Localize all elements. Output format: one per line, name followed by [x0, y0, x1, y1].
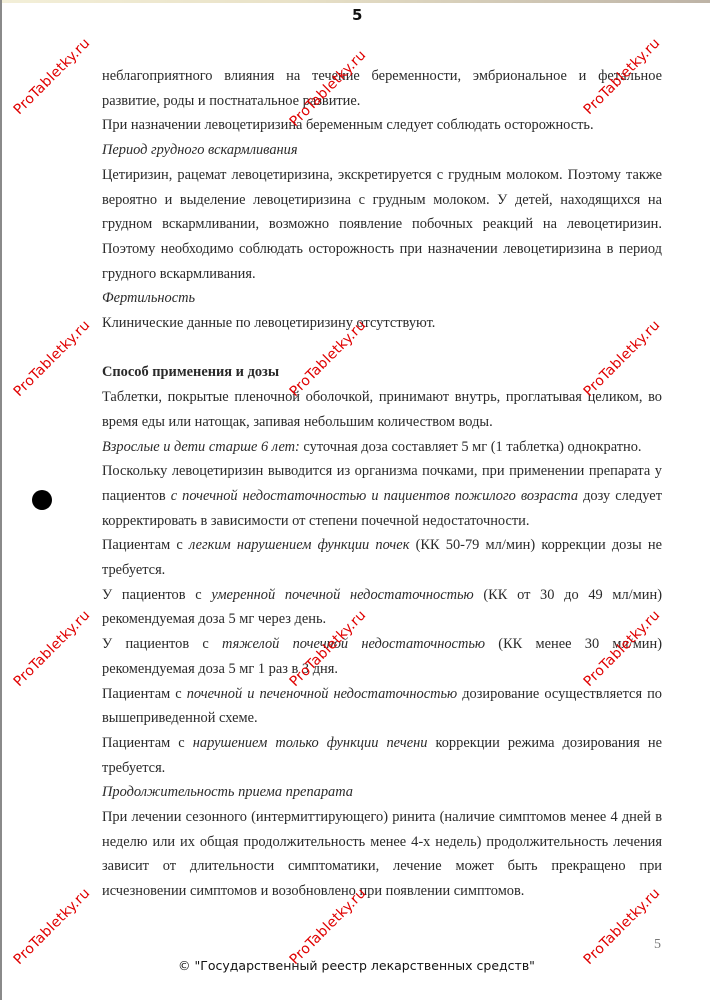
text-run: Пациентам с [102, 537, 189, 553]
paragraph-gap [102, 336, 662, 361]
copyright-footer: © "Государственный реестр лекарственных … [178, 958, 535, 973]
watermark-text: ProTabletky.ru [11, 607, 94, 690]
text-run: Цетиризин, рацемат левоцетиризина, экскр… [102, 167, 662, 282]
subsection-heading: Продолжительность приема препарата [102, 780, 662, 805]
text-run: При лечении сезонного (интермиттирующего… [102, 809, 662, 899]
scan-top-edge [0, 0, 710, 3]
paragraph: Пациентам с почечной и печеночной недост… [102, 682, 662, 731]
section-heading: Способ применения и дозы [102, 360, 662, 385]
paragraph: Поскольку левоцетиризин выводится из орг… [102, 459, 662, 533]
watermark-text: ProTabletky.ru [11, 35, 94, 118]
text-run: Период грудного вскармливания [102, 142, 298, 158]
paragraph: Клинические данные по левоцетиризину отс… [102, 311, 662, 336]
text-run: Продолжительность приема препарата [102, 784, 353, 800]
paragraph: Пациентам с легким нарушением функции по… [102, 533, 662, 582]
emphasis-text: нарушением только функции печени [193, 735, 428, 751]
paragraph: Цетиризин, рацемат левоцетиризина, экскр… [102, 163, 662, 287]
text-run: У пациентов с [102, 587, 211, 603]
subsection-heading: Фертильность [102, 286, 662, 311]
subsection-heading: Период грудного вскармливания [102, 138, 662, 163]
text-run: суточная доза составляет 5 мг (1 таблетк… [300, 439, 642, 455]
scan-hole-dot [32, 490, 52, 510]
emphasis-text: тяжелой почечной недостаточностью [222, 636, 485, 652]
paragraph: При лечении сезонного (интермиттирующего… [102, 805, 662, 904]
text-run: Пациентам с [102, 686, 187, 702]
text-run: Таблетки, покрытые пленочной оболочкой, … [102, 389, 662, 430]
paragraph: Взрослые и дети старше 6 лет: суточная д… [102, 435, 662, 460]
text-run: Клинические данные по левоцетиризину отс… [102, 315, 435, 331]
emphasis-text: Взрослые и дети старше 6 лет: [102, 439, 300, 455]
top-page-number: 5 [352, 6, 362, 24]
text-run: Фертильность [102, 290, 195, 306]
emphasis-text: с почечной недостаточностью и пациентов … [171, 488, 578, 504]
paragraph: Таблетки, покрытые пленочной оболочкой, … [102, 385, 662, 434]
bottom-page-number: 5 [654, 937, 661, 953]
text-run: При назначении левоцетиризина беременным… [102, 117, 594, 133]
watermark-text: ProTabletky.ru [11, 885, 94, 968]
paragraph: неблагоприятного влияния на течение бере… [102, 64, 662, 113]
watermark-text: ProTabletky.ru [11, 317, 94, 400]
paragraph: Пациентам с нарушением только функции пе… [102, 731, 662, 780]
emphasis-text: легким нарушением функции почек [189, 537, 409, 553]
text-run: Способ применения и дозы [102, 364, 279, 380]
emphasis-text: умеренной почечной недостаточностью [211, 587, 473, 603]
scan-left-edge [0, 0, 2, 1000]
paragraph: У пациентов с тяжелой почечной недостато… [102, 632, 662, 681]
text-run: Пациентам с [102, 735, 193, 751]
paragraph: У пациентов с умеренной почечной недоста… [102, 583, 662, 632]
text-run: неблагоприятного влияния на течение бере… [102, 68, 662, 109]
text-run: У пациентов с [102, 636, 222, 652]
paragraph: При назначении левоцетиризина беременным… [102, 113, 662, 138]
emphasis-text: почечной и печеночной недостаточностью [187, 686, 457, 702]
document-body: неблагоприятного влияния на течение бере… [102, 64, 662, 904]
